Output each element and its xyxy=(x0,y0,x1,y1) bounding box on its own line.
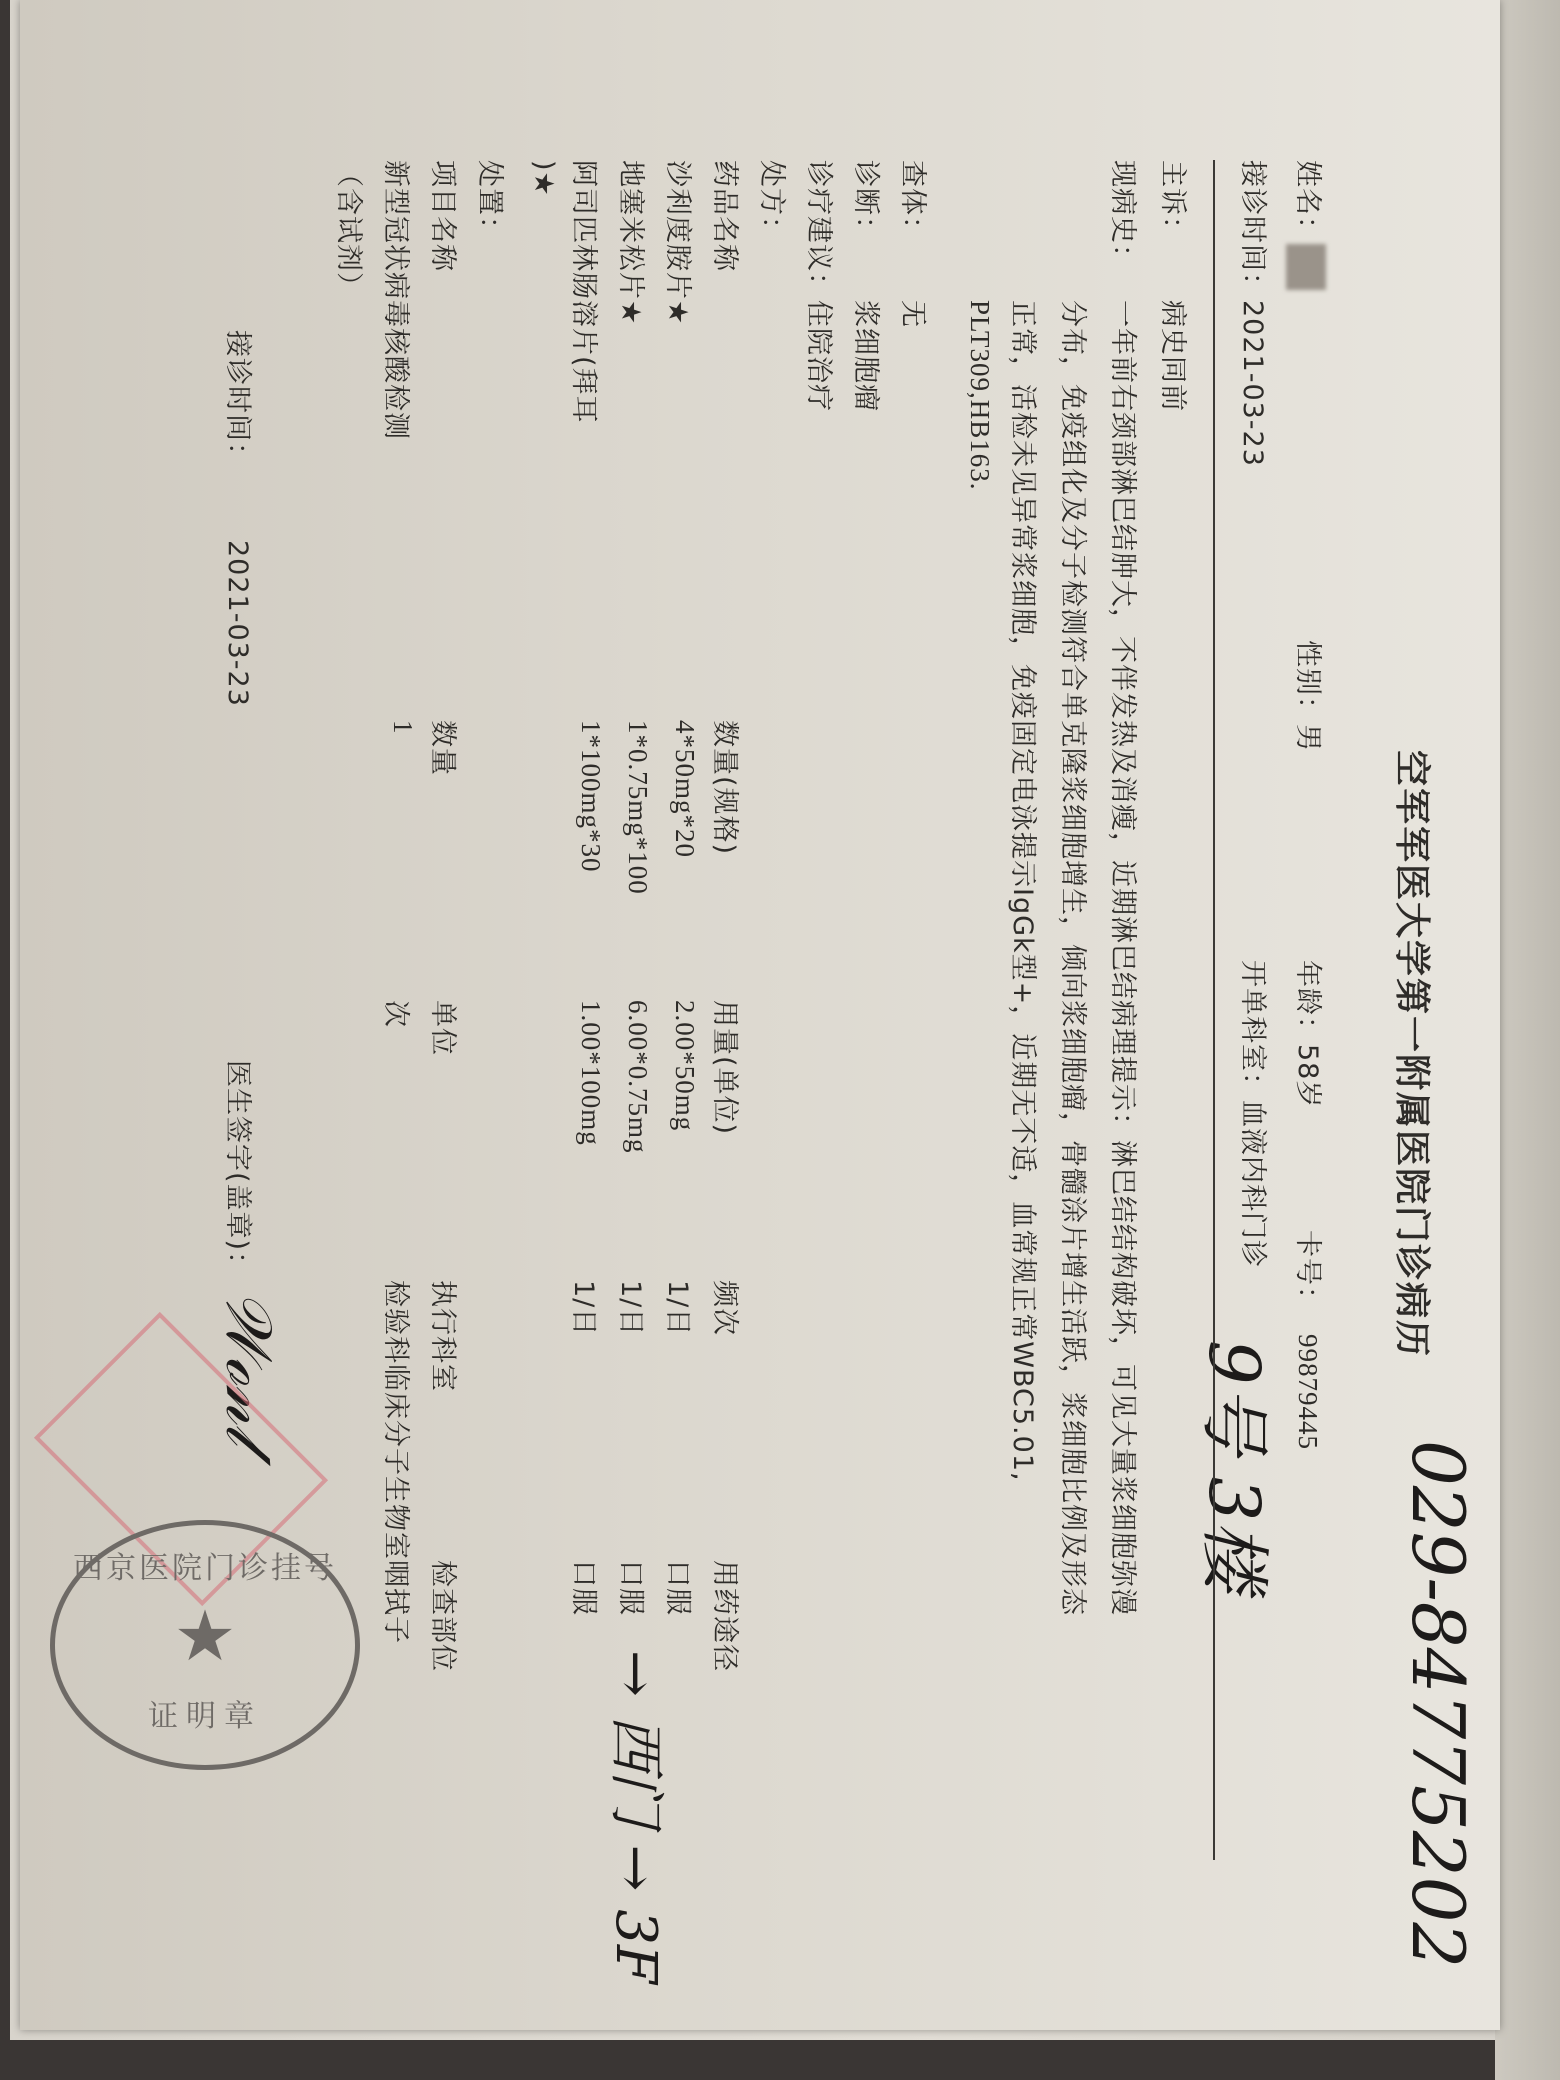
footer-visit-time-value: 2021-03-23 xyxy=(222,540,253,707)
rx-freq: 1/日 xyxy=(661,1280,700,1336)
rx-header-spec: 数量(规格) xyxy=(708,720,747,855)
visit-time-field: 接诊时间：2021-03-23 xyxy=(1236,160,1275,467)
rx-name: 沙利度胺片★ xyxy=(661,160,700,325)
age-value: 58岁 xyxy=(1292,1044,1323,1108)
handwritten-route-note: → 西门 → 3F xyxy=(600,1650,680,1984)
disposal-site: 咽拭子 xyxy=(379,1560,418,1644)
signature-label: 医生签字(盖章)： xyxy=(221,1060,260,1279)
rx-header-route: 用药途径 xyxy=(708,1560,747,1672)
rx-dose: 1.00*100mg xyxy=(575,1000,606,1146)
disposal-name-continued: （含试剂） xyxy=(332,160,371,300)
rx-dose: 6.00*0.75mg xyxy=(622,1000,653,1154)
advice-value: 住院治疗 xyxy=(802,300,841,412)
chief-complaint-value: 病史同前 xyxy=(1156,300,1195,412)
history-label: 现病史： xyxy=(1106,160,1145,272)
name-redacted xyxy=(1287,244,1327,290)
card-value: 99879445 xyxy=(1293,1334,1323,1450)
history-line: PLT309,HB163. xyxy=(964,300,995,491)
rx-spec: 1*100mg*30 xyxy=(575,720,606,873)
disposal-header-dept: 执行科室 xyxy=(426,1280,465,1392)
page-title: 空军军医大学第一附属医院门诊病历 xyxy=(1389,750,1440,1358)
chief-complaint-label: 主诉： xyxy=(1156,160,1195,244)
sex-field: 性别：男 xyxy=(1291,640,1330,752)
age-label: 年龄： xyxy=(1292,960,1323,1044)
rx-spec: 4*50mg*20 xyxy=(669,720,700,858)
medical-record-sheet: 空军军医大学第一附属医院门诊病历 029-84775202 9号 3楼 姓名： … xyxy=(20,0,1500,2030)
disposal-header-name: 项目名称 xyxy=(426,160,465,272)
sex-value: 男 xyxy=(1292,724,1323,752)
name-field: 姓名： xyxy=(1287,160,1331,290)
rx-name: 阿司匹林肠溶片(拜耳 xyxy=(567,160,606,424)
rx-spec: 1*0.75mg*100 xyxy=(622,720,653,895)
exam-value: 无 xyxy=(896,300,935,328)
rx-freq: 1/日 xyxy=(614,1280,653,1336)
handwritten-note: 9号 3楼 xyxy=(1189,1340,1290,1591)
disposal-header-site: 检查部位 xyxy=(426,1560,465,1672)
history-line: 一年前右颈部淋巴结肿大，不伴发热及消瘦，近期淋巴结病理提示：淋巴结结构破坏，可见… xyxy=(1106,300,1145,1616)
exam-label: 查体： xyxy=(896,160,935,244)
disposal-name: 新型冠状病毒核酸检测 xyxy=(379,160,418,440)
star-icon: ★ xyxy=(55,1595,355,1677)
stamp-top-text: 西京医院门诊挂号 xyxy=(55,1543,355,1587)
disposal-header-unit: 单位 xyxy=(426,1000,465,1056)
dept-value: 血液内科门诊 xyxy=(1237,1100,1268,1268)
dept-label: 开单科室： xyxy=(1237,960,1268,1100)
disposal-dept: 检验科临床分子生物室 xyxy=(379,1280,418,1560)
rx-dose: 2.00*50mg xyxy=(669,1000,700,1131)
rx-route: 口服 xyxy=(614,1560,653,1616)
card-field: 卡号：99879445 xyxy=(1291,1230,1330,1450)
stamp-bottom-text: 证明章 xyxy=(55,1691,355,1735)
rx-route: 口服 xyxy=(567,1560,606,1616)
age-field: 年龄：58岁 xyxy=(1291,960,1330,1108)
advice-label: 诊疗建议： xyxy=(802,160,841,300)
rx-name-continued: )★ xyxy=(528,160,559,197)
disposal-label: 处置： xyxy=(473,160,512,244)
footer-visit-time: 接诊时间：2021-03-23 xyxy=(221,330,260,707)
history-line: 正常，活检未见异常浆细胞，免疫固定电泳提示IgGk型+，近期无不适，血常规正常W… xyxy=(1006,300,1045,1482)
sex-label: 性别： xyxy=(1292,640,1323,724)
header-divider xyxy=(1213,160,1215,1860)
dept-field: 开单科室：血液内科门诊 xyxy=(1236,960,1275,1268)
disposal-header-qty: 数量 xyxy=(426,720,465,776)
handwritten-phone: 029-84775202 xyxy=(1396,1440,1480,1968)
background-paper-edge xyxy=(1495,0,1560,2080)
rx-freq: 1/日 xyxy=(567,1280,606,1336)
hospital-round-stamp: 西京医院门诊挂号 ★ 证明章 xyxy=(50,1520,360,1770)
visit-time-value: 2021-03-23 xyxy=(1237,300,1268,467)
rx-name: 地塞米松片★ xyxy=(614,160,653,325)
rx-route: 口服 xyxy=(661,1560,700,1616)
diagnosis-value: 浆细胞瘤 xyxy=(849,300,888,412)
disposal-qty: 1 xyxy=(387,720,418,735)
history-line: 分布，免疫组化及分子检测符合单克隆浆细胞增生，倾向浆细胞瘤，骨髓涂片增生活跃，浆… xyxy=(1056,300,1095,1616)
rx-header-freq: 频次 xyxy=(708,1280,747,1336)
name-label: 姓名： xyxy=(1292,160,1323,244)
card-label: 卡号： xyxy=(1292,1230,1323,1314)
diagnosis-label: 诊断： xyxy=(849,160,888,244)
rx-header-name: 药品名称 xyxy=(708,160,747,272)
prescription-label: 处方： xyxy=(755,160,794,244)
rx-header-dose: 用量(单位) xyxy=(708,1000,747,1135)
visit-time-label: 接诊时间： xyxy=(1237,160,1268,300)
disposal-unit: 次 xyxy=(379,1000,418,1028)
footer-visit-time-label: 接诊时间： xyxy=(222,330,253,470)
